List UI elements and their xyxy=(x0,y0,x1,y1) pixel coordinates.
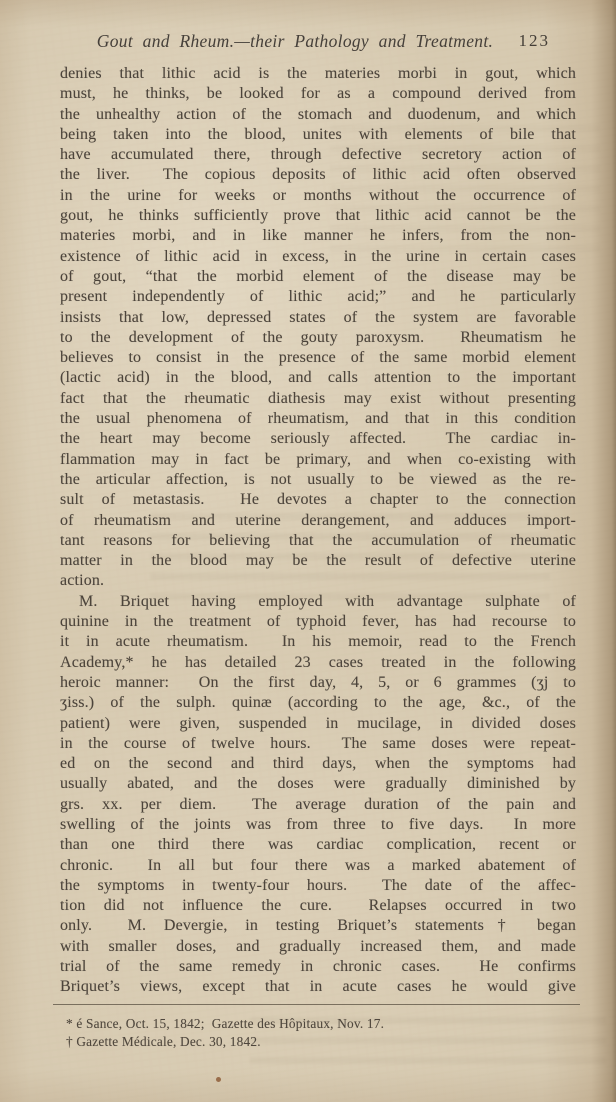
text-line: quinine in the treatment of typhoid feve… xyxy=(60,612,576,632)
text-line: the heart may become seriously affected.… xyxy=(60,429,576,449)
text-line: grs. xx. per diem. The average duration … xyxy=(60,795,576,815)
text-line: usually abated, and the doses were gradu… xyxy=(60,774,576,794)
text-line: trial of the same remedy in chronic case… xyxy=(60,957,576,977)
text-line: fact that the rheumatic diathesis may ex… xyxy=(60,389,576,409)
text-line: M. Briquet having employed with advantag… xyxy=(60,592,576,612)
text-line: materies morbi, and in like manner he in… xyxy=(60,226,576,246)
text-line: present independently of lithic acid;” a… xyxy=(60,287,576,307)
text-line: than one third there was cardiac complic… xyxy=(60,835,576,855)
body-text-block: denies that lithic acid is the materies … xyxy=(60,64,576,998)
ink-speck xyxy=(216,1077,221,1082)
text-line: existence of lithic acid in excess, in t… xyxy=(60,247,576,267)
header-title: Gout and Rheum.—their Pathology and Trea… xyxy=(60,31,576,51)
text-line: flammation may in fact be primary, and w… xyxy=(60,450,576,470)
text-line: in the course of twelve hours. The same … xyxy=(60,734,576,754)
text-line: only. M. Devergie, in testing Briquet’s … xyxy=(60,916,576,936)
text-line: patient) were given, suspended in mucila… xyxy=(60,714,576,734)
text-line: must, he thinks, be looked for as a comp… xyxy=(60,84,576,104)
footnote-line: † Gazette Médicale, Dec. 30, 1842. xyxy=(66,1033,566,1051)
text-line: Briquet’s views, except that in acute ca… xyxy=(60,977,576,997)
text-line: (lactic acid) in the blood, and calls at… xyxy=(60,368,576,388)
footnote-line: * é Sance, Oct. 15, 1842; Gazette des Hô… xyxy=(66,1015,566,1033)
text-line: it in acute rheumatism. In his memoir, r… xyxy=(60,632,576,652)
text-line: of rheumatism and uterine derangement, a… xyxy=(60,511,576,531)
footnote-divider xyxy=(53,1004,580,1005)
text-line: ʒiss.) of the sulph. quinæ (according to… xyxy=(60,693,576,713)
text-line: tant reasons for believing that the accu… xyxy=(60,531,576,551)
text-line: heroic manner: On the first day, 4, 5, o… xyxy=(60,673,576,693)
text-line: of gout, “that the morbid element of the… xyxy=(60,267,576,287)
text-line: the usual phenomena of rheumatism, and t… xyxy=(60,409,576,429)
text-line: to the development of the gouty paroxysm… xyxy=(60,328,576,348)
text-line: swelling of the joints was from three to… xyxy=(60,815,576,835)
text-line: ed on the second and third days, when th… xyxy=(60,754,576,774)
text-line: tion did not influence the cure. Relapse… xyxy=(60,896,576,916)
text-line: the liver. The copious deposits of lithi… xyxy=(60,165,576,185)
text-line: have accumulated there, through defectiv… xyxy=(60,145,576,165)
text-line: sult of metastasis. He devotes a chapter… xyxy=(60,490,576,510)
running-header: Gout and Rheum.—their Pathology and Trea… xyxy=(60,31,576,53)
text-line: action. xyxy=(60,571,576,591)
text-line: the unhealthy action of the stomach and … xyxy=(60,105,576,125)
text-line: being taken into the blood, unites with … xyxy=(60,125,576,145)
text-line: insists that low, depressed states of th… xyxy=(60,308,576,328)
text-line: with smaller doses, and gradually increa… xyxy=(60,937,576,957)
text-line: in the urine for weeks or months without… xyxy=(60,186,576,206)
page-number: 123 xyxy=(519,31,551,51)
text-line: the articular affection, is not usually … xyxy=(60,470,576,490)
text-line: gout, he thinks sufficiently prove that … xyxy=(60,206,576,226)
text-line: Academy,* he has detailed 23 cases treat… xyxy=(60,653,576,673)
text-line: denies that lithic acid is the materies … xyxy=(60,64,576,84)
text-line: matter in the blood may be the result of… xyxy=(60,551,576,571)
text-line: believes to consist in the presence of t… xyxy=(60,348,576,368)
text-line: chronic. In all but four there was a mar… xyxy=(60,856,576,876)
text-line: the symptoms in twenty-four hours. The d… xyxy=(60,876,576,896)
